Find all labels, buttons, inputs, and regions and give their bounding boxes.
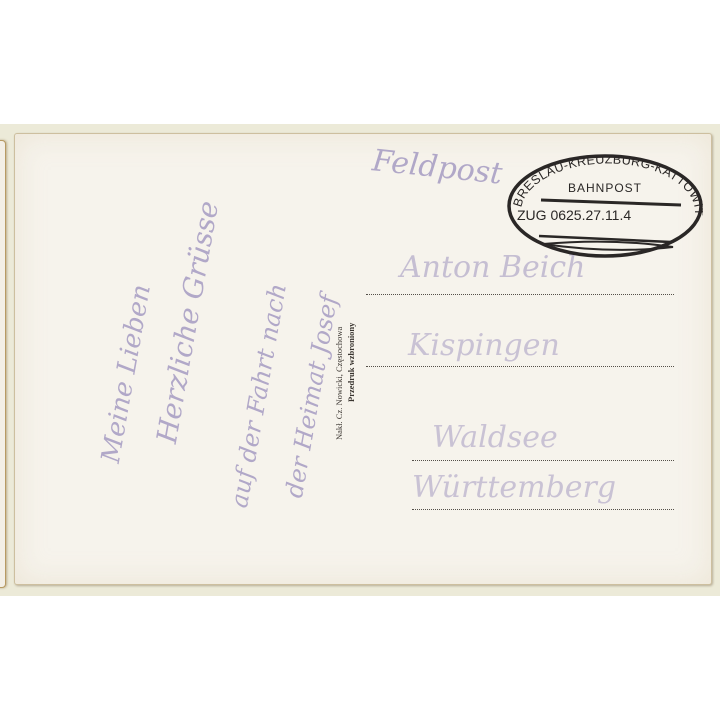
address-line-3 <box>412 460 674 461</box>
adjacent-postcard-edge <box>0 140 6 588</box>
publisher-imprint: Nakł. Cz. Nowicki, Częstochowa Przedruk … <box>326 250 386 440</box>
publisher-name: Nakł. Cz. Nowicki, Częstochowa <box>334 327 344 440</box>
reprint-notice: Przedruk wzbroniony <box>346 323 356 402</box>
address-city: Waldsee <box>432 420 558 455</box>
postmark-date: ZUG 0625.27.11.4 <box>517 207 631 223</box>
address-line-2 <box>366 366 674 367</box>
postmark-service: BAHNPOST <box>568 181 642 195</box>
address-line-4 <box>412 509 674 510</box>
address-region: Württemberg <box>412 470 616 505</box>
address-line-1 <box>366 294 674 295</box>
address-town: Kispingen <box>408 328 560 363</box>
railway-postmark: BRESLAU-KREUZBURG-KATTOWITZ BAHNPOST ZUG… <box>503 150 703 258</box>
